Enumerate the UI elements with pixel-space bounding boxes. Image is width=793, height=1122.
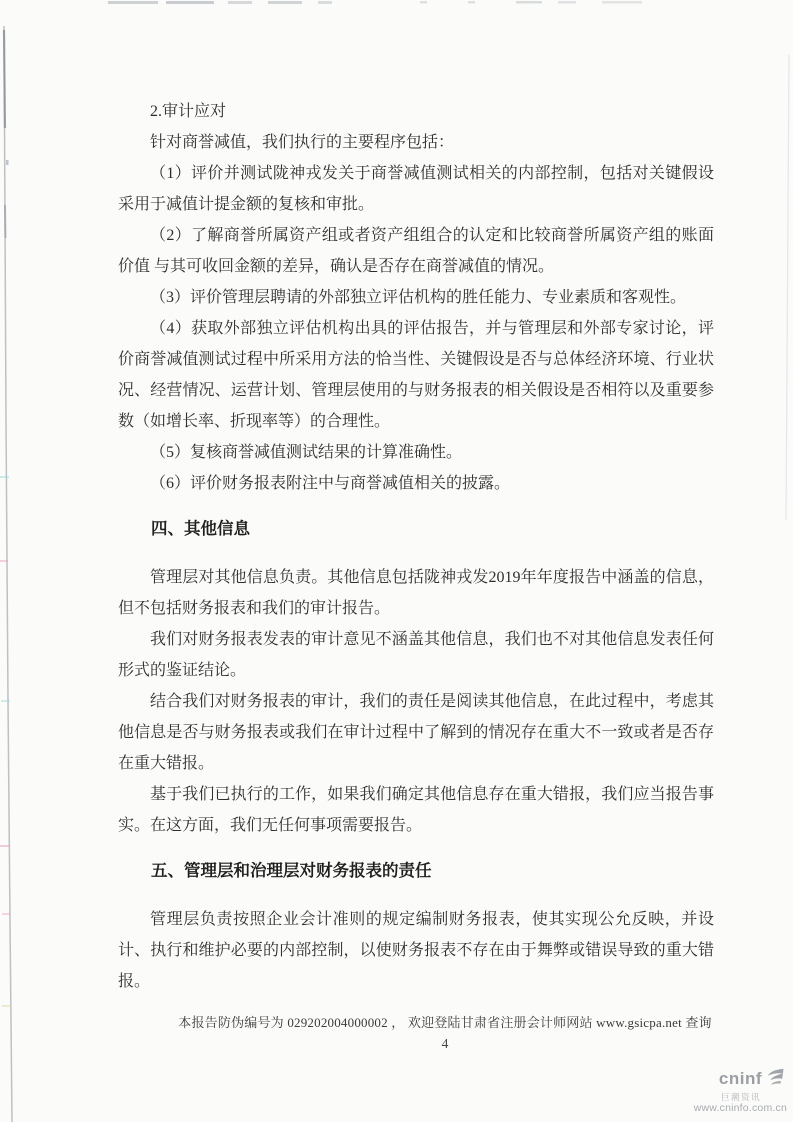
paragraph-management-responsibility-1: 管理层负责按照企业会计准则的规定编制财务报表，使其实现公允反映，并设计、执行和维… bbox=[118, 904, 714, 997]
cninfo-logo: cninf 巨潮资讯 www.cninfo.com.cn bbox=[691, 1068, 787, 1114]
left-margin-color-specks bbox=[0, 476, 11, 1007]
antifraud-note: 本报告防伪编号为 029202004000002 ， 欢迎登陆甘肃省注册会计师网… bbox=[100, 1012, 790, 1033]
cninfo-swirl-icon bbox=[763, 1068, 785, 1092]
section-heading-management-responsibility: 五、管理层和治理层对财务报表的责任 bbox=[118, 856, 714, 887]
paragraph-procedure-2: （2）了解商誉所属资产组或者资产组组合的认定和比较商誉所属资产组的账面价值 与其… bbox=[118, 220, 714, 282]
cninfo-brand-text: cninf bbox=[719, 1070, 762, 1089]
paragraph-audit-response-title: 2.审计应对 bbox=[118, 96, 714, 127]
paragraph-procedure-1: （1）评价并测试陇神戎发关于商誉减值测试相关的内部控制，包括对关键假设采用于减值… bbox=[118, 158, 714, 220]
paragraph-other-info-2: 我们对财务报表发表的审计意见不涵盖其他信息，我们也不对其他信息发表任何形式的鉴证… bbox=[118, 624, 714, 686]
page-background: 2.审计应对 针对商誉减值，我们执行的主要程序包括： （1）评价并测试陇神戎发关… bbox=[0, 0, 793, 1122]
top-edge-dashes bbox=[108, 1, 642, 4]
paragraph-procedure-6: （6）评价财务报表附注中与商誉减值相关的披露。 bbox=[118, 468, 714, 499]
left-edge-speck bbox=[6, 160, 9, 165]
cninfo-url: www.cninfo.com.cn bbox=[694, 1103, 787, 1115]
paragraph-other-info-4: 基于我们已执行的工作，如果我们确定其他信息存在重大错报，我们应当报告事实。在这方… bbox=[118, 779, 714, 841]
left-edge-dark-mid bbox=[5, 205, 6, 238]
page-footer: 本报告防伪编号为 029202004000002 ， 欢迎登陆甘肃省注册会计师网… bbox=[100, 1012, 790, 1054]
paragraph-procedures-intro: 针对商誉减值，我们执行的主要程序包括： bbox=[118, 127, 714, 158]
section-heading-other-information: 四、其他信息 bbox=[118, 514, 714, 545]
right-edge-line bbox=[786, 55, 789, 520]
scanned-document-page: { "content": { "blocks": [ {"type":"para… bbox=[0, 0, 793, 1122]
left-edge-dark-top bbox=[4, 30, 5, 128]
paragraph-procedure-5: （5）复核商誉减值测试结果的计算准确性。 bbox=[118, 437, 714, 468]
page-number: 4 bbox=[100, 1033, 790, 1054]
paragraph-procedure-4: （4）获取外部独立评估机构出具的评估报告，并与管理层和外部专家讨论，评价商誉减值… bbox=[118, 313, 714, 437]
paragraph-procedure-3: （3）评价管理层聘请的外部独立评估机构的胜任能力、专业素质和客观性。 bbox=[118, 282, 714, 313]
report-body: 2.审计应对 针对商誉减值，我们执行的主要程序包括： （1）评价并测试陇神戎发关… bbox=[118, 96, 714, 997]
cninfo-chinese-name: 巨潮资讯 bbox=[721, 1093, 761, 1102]
paragraph-other-info-1: 管理层对其他信息负责。其他信息包括陇神戎发2019年年度报告中涵盖的信息，但不包… bbox=[118, 562, 714, 624]
paragraph-other-info-3: 结合我们对财务报表的审计，我们的责任是阅读其他信息，在此过程中，考虑其他信息是否… bbox=[118, 686, 714, 779]
left-edge-line bbox=[4, 26, 12, 1122]
